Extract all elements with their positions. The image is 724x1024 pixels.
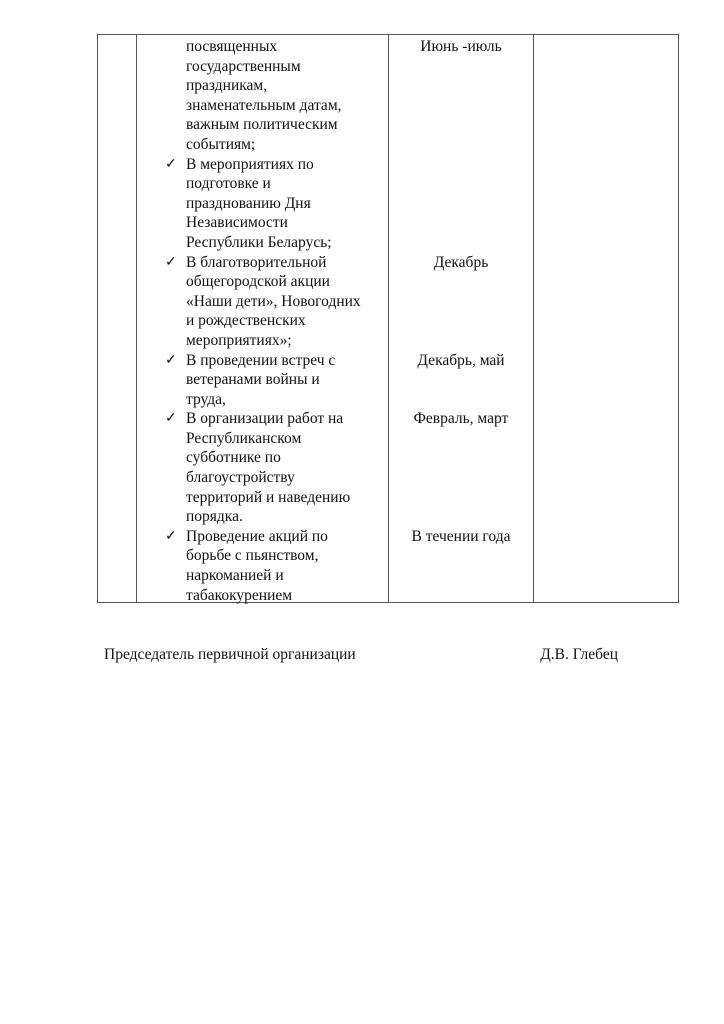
date-text: Декабрь bbox=[389, 253, 533, 273]
activity-line: посвященных bbox=[165, 37, 385, 57]
activity-text: В проведении встреч с bbox=[186, 352, 335, 369]
activity-text: субботнике по bbox=[186, 449, 281, 466]
activity-text: борьбе с пьянством, bbox=[186, 547, 318, 564]
activity-text: ветеранами войны и bbox=[186, 371, 320, 388]
activity-text: табакокурением bbox=[186, 587, 292, 604]
activity-line: ✓В проведении встреч с bbox=[165, 351, 385, 371]
activity-line: труда, bbox=[165, 390, 385, 410]
activities-cell: посвященныхгосударственнымпраздникам,зна… bbox=[165, 37, 385, 605]
activity-text: В организации работ на bbox=[186, 410, 343, 427]
activity-text: территорий и наведению bbox=[186, 489, 350, 506]
date-text: В течении года bbox=[389, 527, 533, 547]
activity-text: труда, bbox=[186, 391, 226, 408]
activity-line: порядка. bbox=[165, 507, 385, 527]
activity-text: Республиканском bbox=[186, 430, 301, 447]
column-divider bbox=[533, 35, 534, 602]
activity-line: праздникам, bbox=[165, 76, 385, 96]
activity-text: В мероприятиях по bbox=[186, 156, 314, 173]
activity-line: благоустройству bbox=[165, 468, 385, 488]
activity-text: знаменательным датам, bbox=[186, 97, 342, 114]
activity-text: порядка. bbox=[186, 508, 243, 525]
activity-text: подготовке и bbox=[186, 175, 271, 192]
activity-text: Проведение акций по bbox=[186, 528, 328, 545]
activity-line: субботнике по bbox=[165, 448, 385, 468]
activity-text: «Наши дети», Новогодних bbox=[186, 293, 361, 310]
activity-text: и рождественских bbox=[186, 312, 306, 329]
activity-text: посвященных bbox=[186, 38, 277, 55]
checkmark-icon: ✓ bbox=[165, 409, 177, 429]
activity-line: важным политическим bbox=[165, 115, 385, 135]
activity-text: общегородской акции bbox=[186, 273, 330, 290]
activity-line: ✓Проведение акций по bbox=[165, 527, 385, 547]
activity-text: Независимости bbox=[186, 214, 288, 231]
activity-line: борьбе с пьянством, bbox=[165, 546, 385, 566]
column-divider bbox=[388, 35, 389, 602]
activity-text: наркоманией и bbox=[186, 567, 284, 584]
activity-text: В благотворительной bbox=[186, 254, 326, 271]
activities-table: посвященныхгосударственнымпраздникам,зна… bbox=[97, 34, 679, 603]
activity-text: важным политическим bbox=[186, 116, 338, 133]
activity-line: общегородской акции bbox=[165, 272, 385, 292]
checkmark-icon: ✓ bbox=[165, 155, 177, 175]
activity-text: благоустройству bbox=[186, 469, 295, 486]
activity-line: Республики Беларусь; bbox=[165, 233, 385, 253]
activity-line: «Наши дети», Новогодних bbox=[165, 292, 385, 312]
checkmark-icon: ✓ bbox=[165, 351, 177, 371]
activity-line: мероприятиях»; bbox=[165, 331, 385, 351]
activity-text: мероприятиях»; bbox=[186, 332, 292, 349]
activity-line: знаменательным датам, bbox=[165, 96, 385, 116]
activity-text: государственным bbox=[186, 58, 301, 75]
activity-line: государственным bbox=[165, 57, 385, 77]
activity-line: территорий и наведению bbox=[165, 488, 385, 508]
activity-line: Республиканском bbox=[165, 429, 385, 449]
activity-line: празднованию Дня bbox=[165, 194, 385, 214]
date-text: Декабрь, май bbox=[389, 351, 533, 371]
activity-line: Независимости bbox=[165, 213, 385, 233]
column-divider bbox=[136, 35, 137, 602]
activity-line: событиям; bbox=[165, 135, 385, 155]
signatory-position: Председатель первичной организации bbox=[104, 646, 356, 664]
date-text: Февраль, март bbox=[389, 409, 533, 429]
activity-line: табакокурением bbox=[165, 586, 385, 606]
activity-line: ✓В мероприятиях по bbox=[165, 155, 385, 175]
activity-line: ✓В организации работ на bbox=[165, 409, 385, 429]
checkmark-icon: ✓ bbox=[165, 527, 177, 547]
activity-line: ветеранами войны и bbox=[165, 370, 385, 390]
activity-text: Республики Беларусь; bbox=[186, 234, 332, 251]
activity-line: ✓В благотворительной bbox=[165, 253, 385, 273]
activity-text: праздникам, bbox=[186, 77, 267, 94]
signatory-name: Д.В. Глебец bbox=[540, 646, 618, 664]
activity-line: наркоманией и bbox=[165, 566, 385, 586]
activity-text: событиям; bbox=[186, 136, 255, 153]
date-text: Июнь -июль bbox=[389, 37, 533, 57]
activity-line: и рождественских bbox=[165, 311, 385, 331]
activity-text: празднованию Дня bbox=[186, 195, 311, 212]
checkmark-icon: ✓ bbox=[165, 253, 177, 273]
activity-line: подготовке и bbox=[165, 174, 385, 194]
